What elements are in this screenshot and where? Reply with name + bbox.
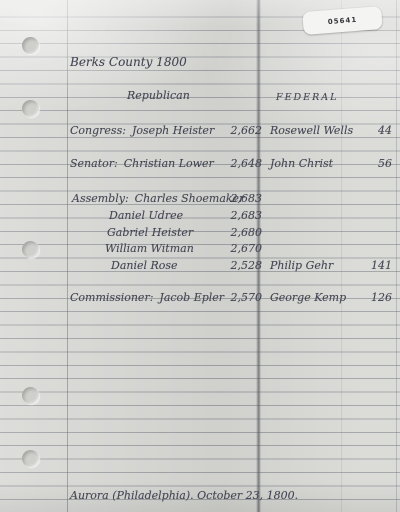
table-row: Commissioner:Jacob Epler 2,570 George Ke… (0, 291, 400, 305)
federal-votes: 44 (352, 124, 392, 137)
republican-candidate: Christian Lower (124, 157, 214, 170)
republican-votes: 2,683 (218, 209, 262, 222)
republican-votes: 2,683 (218, 192, 262, 205)
margin-line (67, 0, 68, 512)
table-row: William Witman 2,670 (0, 242, 400, 256)
republican-votes: 2,528 (218, 259, 262, 272)
column-header-republican: Republican (127, 89, 190, 102)
catalog-sticker: 05641 (302, 6, 383, 35)
federal-candidate: George Kemp (270, 291, 346, 304)
table-row: Daniel Udree 2,683 (0, 209, 400, 223)
federal-votes: 56 (352, 157, 392, 170)
page-right-edge-line (396, 0, 397, 512)
republican-votes: 2,648 (218, 157, 262, 170)
source-citation: Aurora (Philadelphia). October 23, 1800. (70, 489, 298, 502)
table-row: Assembly:Charles Shoemaker 2,683 (0, 192, 400, 206)
faint-sheet-edge-line (341, 0, 342, 512)
republican-candidate: Jacob Epler (159, 291, 224, 304)
republican-candidate: Daniel Udree (109, 209, 183, 222)
punch-hole (22, 100, 39, 117)
scanned-page: 05641 Berks County 1800 Republican FEDER… (0, 0, 400, 512)
republican-votes: 2,680 (218, 226, 262, 239)
republican-votes: 2,662 (218, 124, 262, 137)
column-header-federal: FEDERAL (276, 91, 338, 104)
federal-candidate: Philip Gehr (270, 259, 333, 272)
center-fold-line (256, 0, 261, 512)
table-row: Daniel Rose 2,528 Philip Gehr 141 (0, 259, 400, 273)
punch-hole (22, 37, 39, 54)
scan-shading (0, 0, 400, 512)
page-title: Berks County 1800 (70, 56, 187, 69)
republican-votes: 2,670 (218, 242, 262, 255)
sticker-number: 05641 (328, 15, 358, 25)
ruled-lines (0, 4, 400, 512)
office-label: Assembly: (72, 192, 129, 205)
federal-candidate: John Christ (270, 157, 333, 170)
federal-votes: 141 (352, 259, 392, 272)
republican-candidate: Gabriel Heister (107, 226, 193, 239)
office-label: Commissioner: (70, 291, 153, 304)
punch-hole (22, 450, 39, 467)
office-label: Senator: (70, 157, 118, 170)
table-row: Senator:Christian Lower 2,648 John Chris… (0, 157, 400, 171)
office-label: Congress: (70, 124, 126, 137)
table-row: Gabriel Heister 2,680 (0, 226, 400, 240)
punch-hole (22, 387, 39, 404)
republican-votes: 2,570 (218, 291, 262, 304)
federal-candidate: Rosewell Wells (270, 124, 353, 137)
republican-candidate: Daniel Rose (111, 259, 178, 272)
table-row: Congress:Joseph Heister 2,662 Rosewell W… (0, 124, 400, 138)
federal-votes: 126 (352, 291, 392, 304)
republican-candidate: William Witman (105, 242, 194, 255)
republican-candidate: Joseph Heister (132, 124, 214, 137)
